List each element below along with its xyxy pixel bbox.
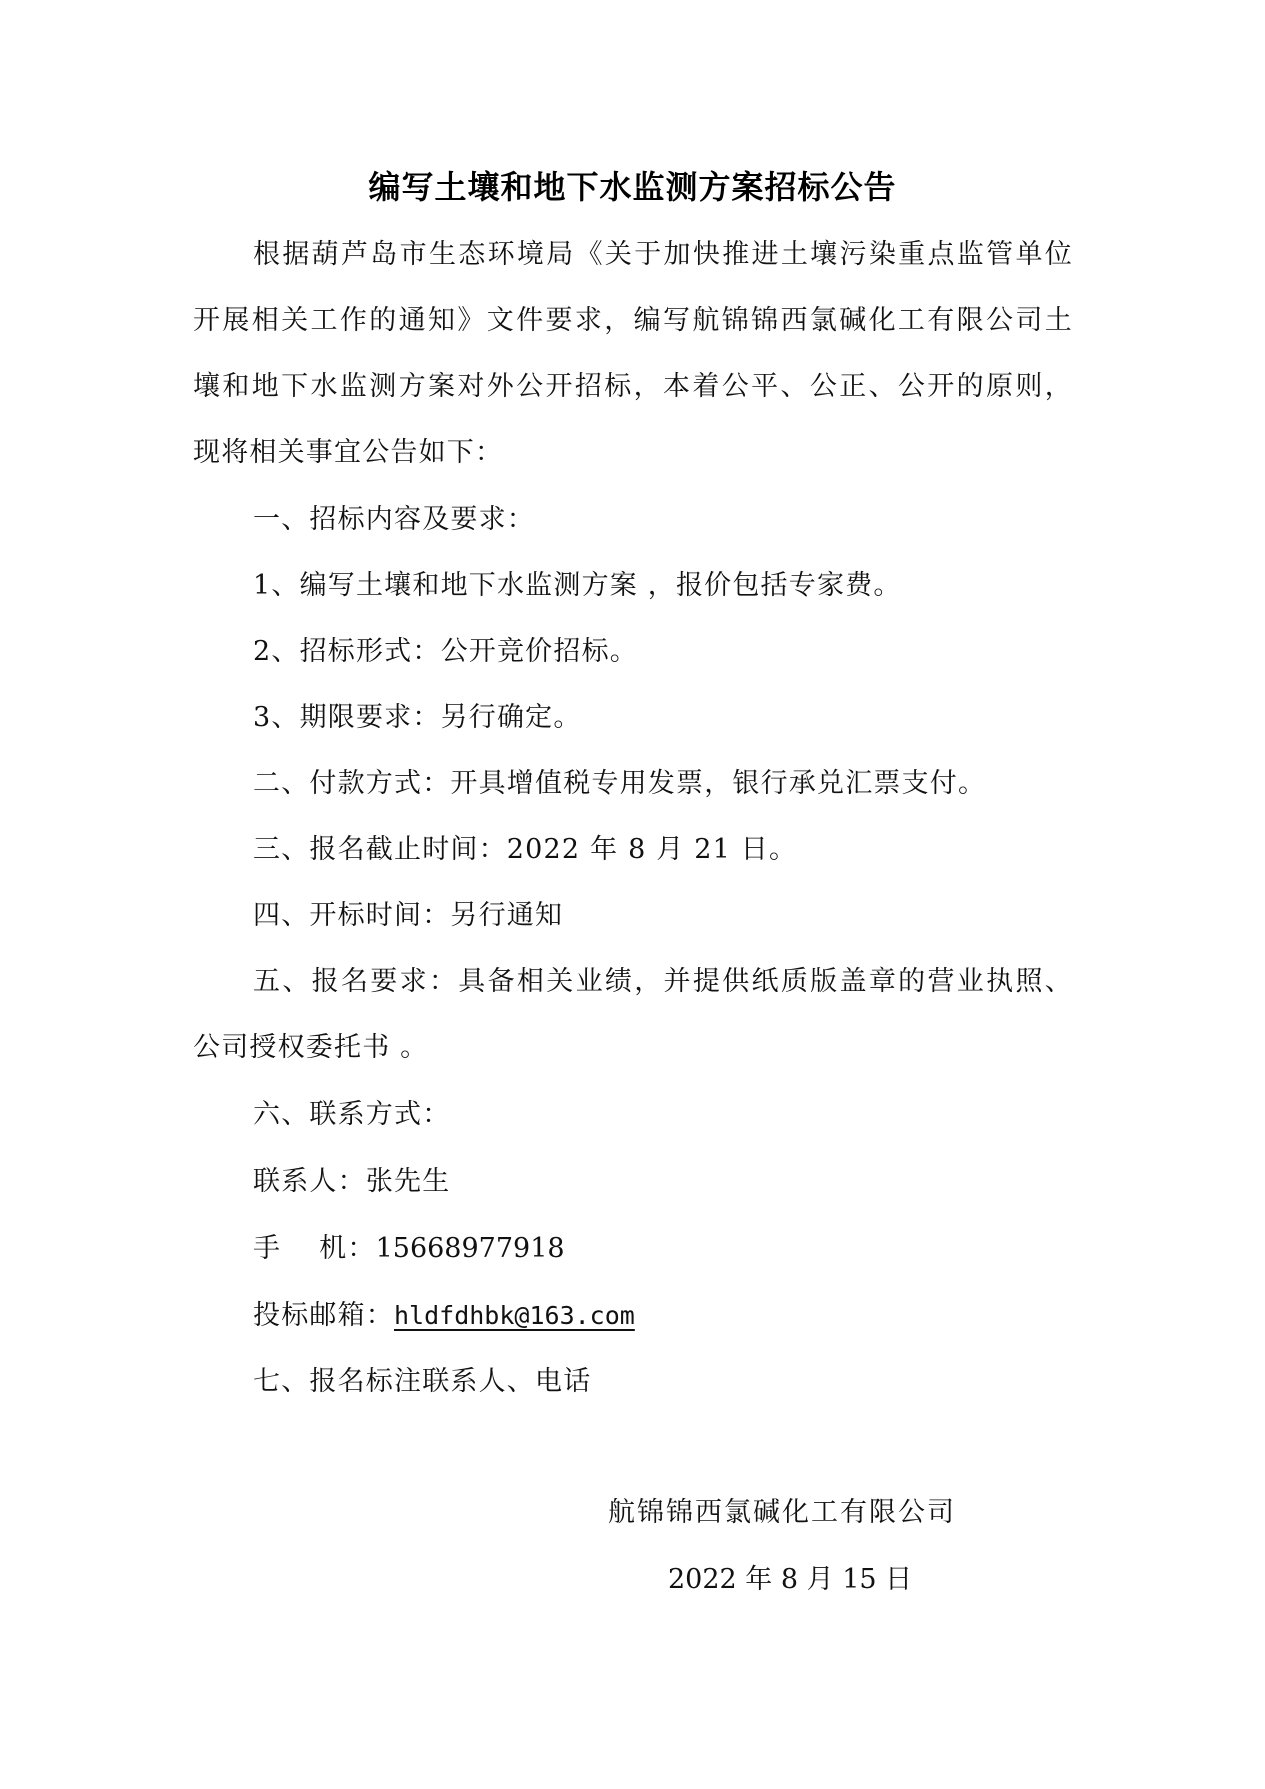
contact-person-row: 联系人：张先生 (253, 1162, 1073, 1202)
section-3-deadline: 三、报名截止时间：2022 年 8 月 21 日。 (253, 830, 1073, 870)
email-row: 投标邮箱：hldfdhbk@163.com (253, 1296, 1073, 1336)
phone-row: 手 机：15668977918 (253, 1229, 1073, 1269)
section-2-payment: 二、付款方式：开具增值税专用发票，银行承兑汇票支付。 (253, 764, 1073, 804)
section-7-note: 七、报名标注联系人、电话 (253, 1362, 1073, 1402)
contact-person-value: 张先生 (366, 1166, 451, 1197)
intro-line-1: 根据葫芦岛市生态环境局《关于加快推进土壤污染重点监管单位 (253, 235, 1073, 275)
document-title: 编写土壤和地下水监测方案招标公告 (0, 164, 1265, 210)
signature-company: 航锦锦西氯碱化工有限公司 (608, 1493, 956, 1533)
intro-line-4: 现将相关事宜公告如下： (193, 433, 1073, 473)
section-1-item-2: 2、招标形式：公开竞价招标。 (253, 632, 1073, 672)
section-1-item-1: 1、编写土壤和地下水监测方案 ，报价包括专家费。 (253, 566, 1073, 606)
phone-label: 手 机： (253, 1233, 376, 1264)
section-5-requirements-line-2: 公司授权委托书 。 (193, 1028, 1073, 1068)
intro-line-2: 开展相关工作的通知》文件要求，编写航锦锦西氯碱化工有限公司土 (193, 301, 1073, 341)
signature-date: 2022 年 8 月 15 日 (668, 1560, 912, 1600)
section-4-opening-time: 四、开标时间：另行通知 (253, 896, 1073, 936)
section-1-item-3: 3、期限要求：另行确定。 (253, 698, 1073, 738)
section-6-heading: 六、联系方式： (253, 1095, 1073, 1135)
intro-line-3: 壤和地下水监测方案对外公开招标，本着公平、公正、公开的原则， (193, 367, 1073, 407)
section-1-heading: 一、招标内容及要求： (253, 500, 1073, 540)
document-page: 编写土壤和地下水监测方案招标公告 根据葫芦岛市生态环境局《关于加快推进土壤污染重… (0, 0, 1265, 1789)
section-5-requirements-line-1: 五、报名要求：具备相关业绩，并提供纸质版盖章的营业执照、 (253, 962, 1073, 1002)
contact-person-label: 联系人： (253, 1166, 366, 1197)
phone-value: 15668977918 (376, 1233, 565, 1264)
email-label: 投标邮箱： (253, 1300, 394, 1331)
email-link[interactable]: hldfdhbk@163.com (394, 1301, 635, 1330)
